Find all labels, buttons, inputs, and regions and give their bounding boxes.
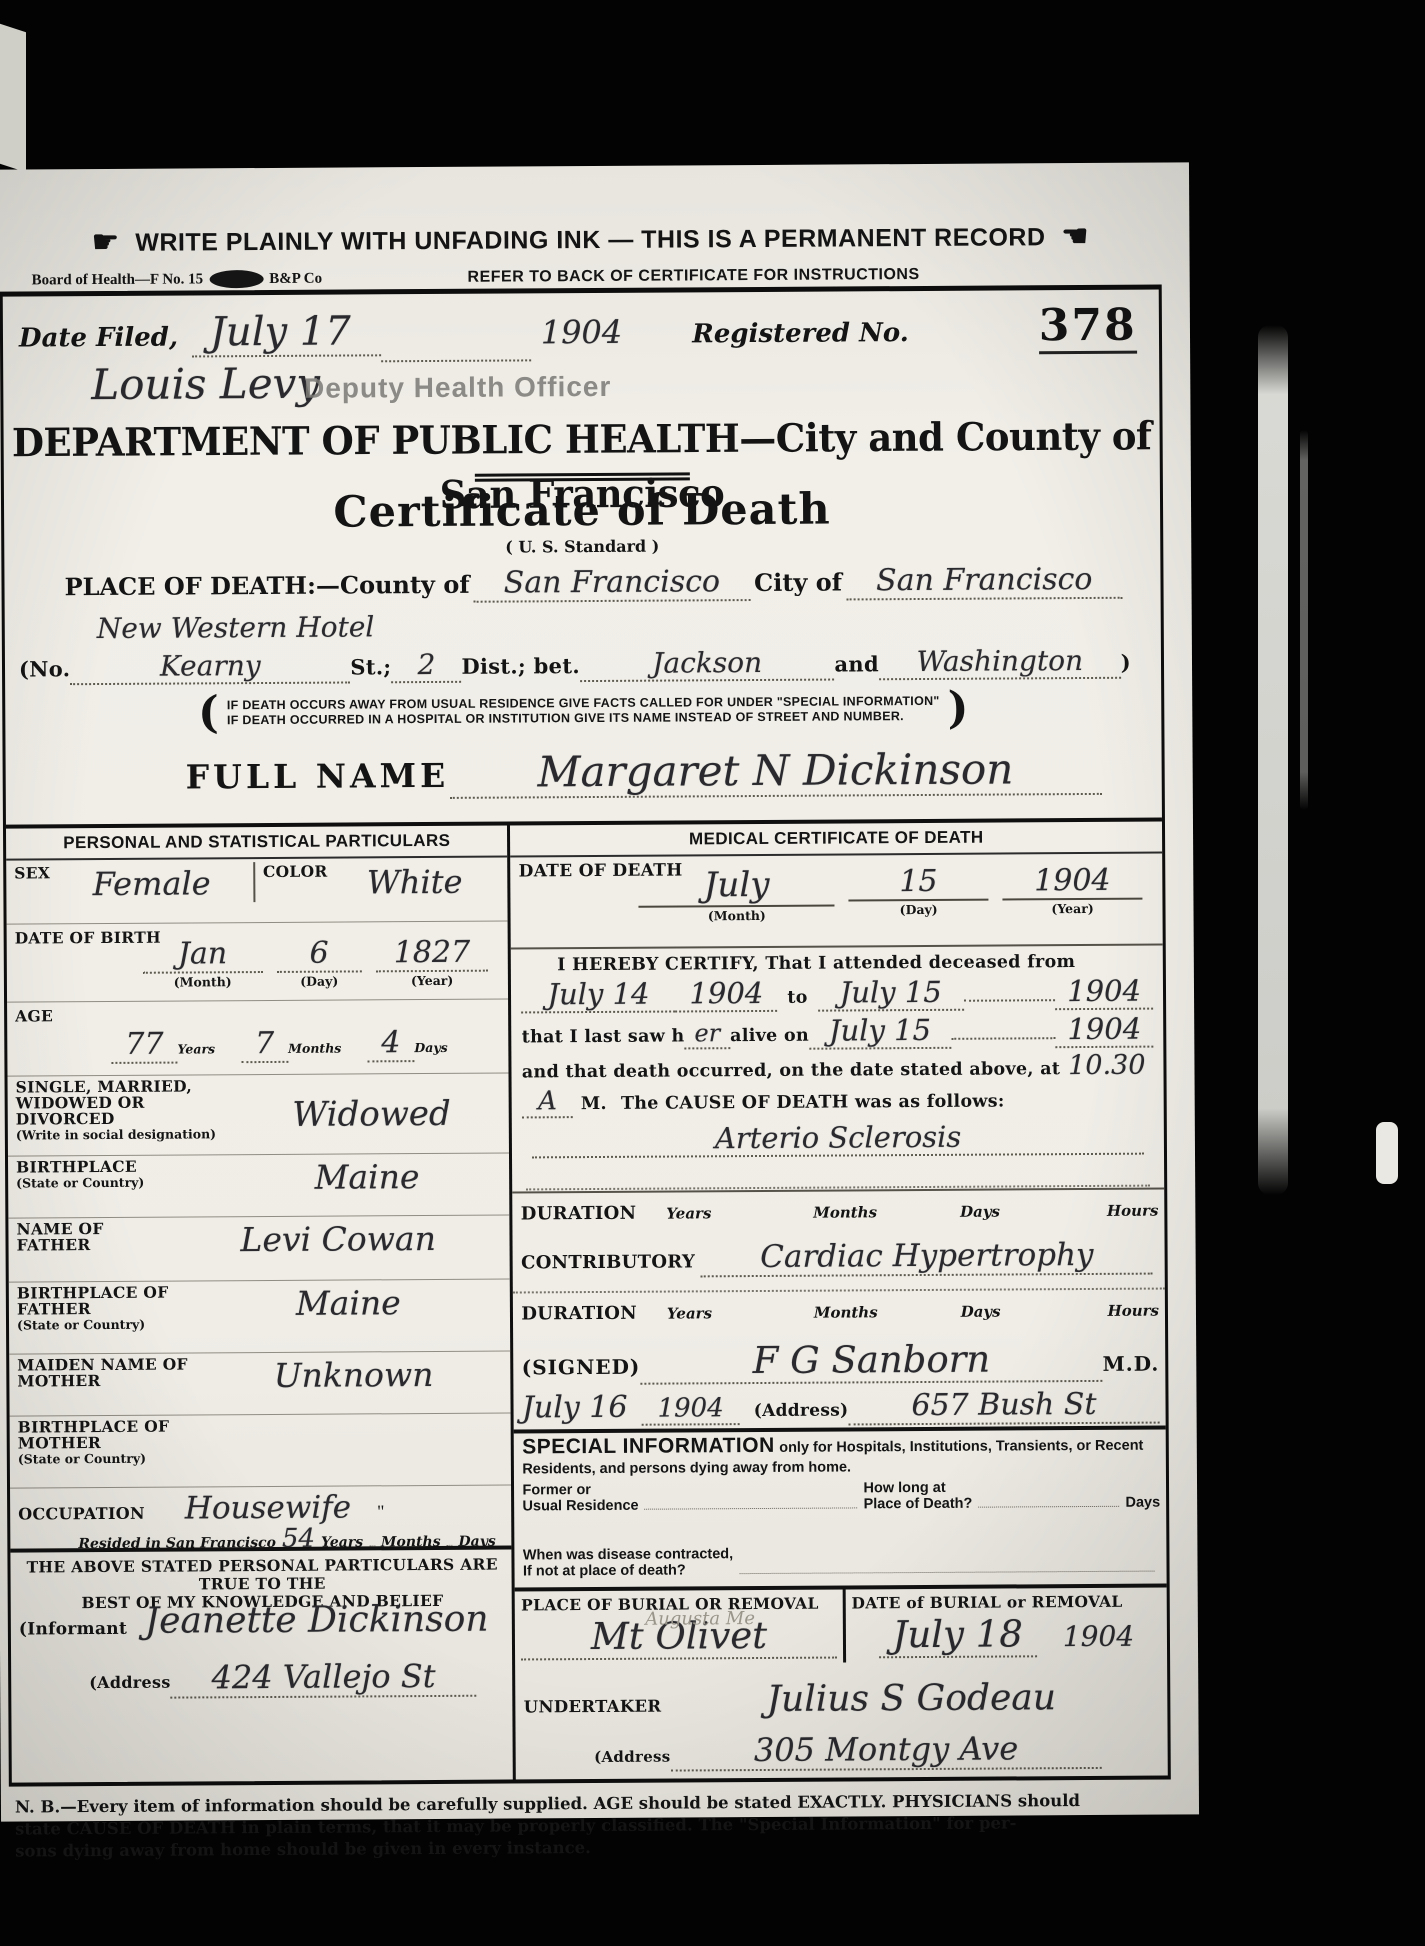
pointing-hand-right-icon: ☛ — [92, 228, 120, 258]
death-certificate-page: ☛ WRITE PLAINLY WITH UNFADING INK — THIS… — [0, 162, 1199, 1821]
informant-label: (Informant — [19, 1619, 127, 1640]
special-fields-row: Former or Usual Residence How long at Pl… — [514, 1476, 1166, 1540]
age-label: AGE — [15, 1006, 53, 1025]
department-title: DEPARTMENT OF PUBLIC HEALTH—City and Cou… — [3, 408, 1159, 468]
duration2-hours-caption: Hours — [1107, 1302, 1159, 1320]
duration-hours-caption: Hours — [1107, 1202, 1159, 1220]
open-paren: ( — [190, 693, 227, 733]
health-officer-signature-row: Louis Levy Deputy Health Officer — [3, 354, 1159, 417]
full-name-value: Margaret N Dickinson — [449, 744, 1102, 799]
former-residence-label-2: Usual Residence — [522, 1498, 638, 1515]
st-label: St.; — [350, 654, 391, 679]
informant-address-value: 424 Vallejo St — [170, 1657, 476, 1699]
contributory-value: Cardiac Hypertrophy — [701, 1237, 1153, 1278]
occupation-label: OCCUPATION — [18, 1504, 145, 1524]
county-value: San Francisco — [474, 564, 751, 603]
and-label: and — [834, 651, 879, 676]
book-edge-strip — [1300, 430, 1308, 810]
nota-bene-footnote: N. B.—Every item of information should b… — [1, 1779, 1199, 1862]
marital-status-row: SINGLE, MARRIED, WIDOWED OR DIVORCED (Wr… — [8, 1074, 510, 1157]
resided-months-caption: Months — [381, 1534, 441, 1550]
mother-label-block: MAIDEN NAME OF MOTHER — [17, 1356, 202, 1389]
note-lines: IF DEATH OCCURS AWAY FROM USUAL RESIDENC… — [227, 694, 940, 728]
birthplace-label: BIRTHPLACE — [16, 1158, 231, 1175]
dod-month-caption: (Month) — [639, 908, 835, 924]
birthplace-caption: (State or Country) — [16, 1174, 231, 1191]
age-months-value: 7 — [241, 1026, 288, 1063]
microfilm-photo-background: ☛ WRITE PLAINLY WITH UNFADING INK — THIS… — [0, 0, 1425, 1946]
burial-date-value: July 18 — [878, 1612, 1037, 1658]
mother-birthplace-row: BIRTHPLACE OF MOTHER (State or Country) — [10, 1414, 512, 1489]
age-row: AGE 77 Years 7 Months 4 Days — [7, 1000, 509, 1077]
ditto-mark: " — [377, 1501, 384, 1522]
attended-dates-line: July 14 1904 to July 15 1904 — [521, 974, 1153, 1014]
close-paren: ) — [940, 689, 977, 729]
resided-days-caption: Days — [458, 1534, 495, 1550]
father-birthplace-row: BIRTHPLACE OF FATHER (State or Country) … — [9, 1280, 511, 1355]
resided-label: Resided in San Francisco — [78, 1535, 276, 1552]
how-long-label-1: How long at — [863, 1479, 1160, 1497]
dod-day-cell: 15 (Day) — [848, 864, 988, 923]
former-residence-line: Usual Residence — [522, 1496, 863, 1514]
place-of-burial-cell: PLACE OF BURIAL OR REMOVAL Augusta Me Mt… — [515, 1589, 846, 1664]
father-value: Levi Cowan — [172, 1219, 504, 1260]
duration2-years-caption: Years — [667, 1304, 814, 1323]
registered-no-value: 378 — [1039, 300, 1137, 355]
attended-to-year: 1904 — [1055, 974, 1153, 1011]
registered-no-label: Registered No. — [692, 318, 909, 349]
color-field: COLOR White — [253, 861, 502, 903]
district-value: 2 — [391, 648, 461, 683]
date-of-death-row: DATE OF DEATH July (Month) 15 (Day) — [511, 854, 1163, 950]
month-caption: (Month) — [143, 974, 263, 990]
street-value: Kearny — [70, 648, 350, 685]
duration2-label: DURATION — [521, 1303, 637, 1325]
dob-cells: Jan (Month) 6 (Day) 1827 (Year) — [143, 925, 503, 990]
dotted-fill — [645, 1504, 858, 1509]
full-name-label: FULL NAME — [186, 756, 450, 797]
personal-column-header: PERSONAL AND STATISTICAL PARTICULARS — [6, 826, 508, 861]
dob-day-value: 6 — [276, 935, 362, 973]
death-occurred-line: and that death occurred, on the date sta… — [522, 1050, 1154, 1085]
md-label: M.D. — [1103, 1352, 1160, 1376]
duration-row-2: DURATION Years Months Days Hours — [513, 1290, 1165, 1338]
dob-day-cell: 6 (Day) — [276, 935, 362, 989]
signed-label: (SIGNED) — [522, 1355, 641, 1380]
father-birthplace-label: BIRTHPLACE OF FATHER — [17, 1284, 193, 1317]
cause-label-line: A M. The CAUSE OF DEATH was as follows: — [522, 1083, 1154, 1119]
dod-year-value: 1904 — [1002, 863, 1142, 901]
undertaker-value: Julius S Godeau — [661, 1677, 1161, 1721]
undertaker-row: UNDERTAKER Julius S Godeau — [516, 1674, 1168, 1730]
duration-row: DURATION Years Months Days Hours — [513, 1190, 1165, 1238]
resided-years-caption: Years — [321, 1534, 363, 1550]
attestation-block: THE ABOVE STATED PERSONAL PARTICULARS AR… — [10, 1550, 512, 1599]
page-corner-sliver — [0, 24, 26, 172]
medical-column-header: MEDICAL CERTIFICATE OF DEATH — [510, 822, 1162, 858]
dotted-fill — [369, 1542, 375, 1546]
pointing-hand-left-icon: ☚ — [1061, 222, 1089, 252]
burial-date-line: July 18 1904 — [852, 1612, 1161, 1659]
physician-signature: F G Sanborn — [640, 1337, 1102, 1385]
contracted-label-2: If not at place of death? — [523, 1562, 733, 1579]
birthplace-label-block: BIRTHPLACE (State or Country) — [16, 1158, 231, 1191]
special-information-title: SPECIAL INFORMATION — [522, 1434, 775, 1459]
duration-days-caption: Days — [960, 1202, 1107, 1221]
undertaker-address-value: 305 Montgy Ave — [670, 1729, 1101, 1772]
occupation-line: OCCUPATION Housewife " — [18, 1489, 506, 1528]
sex-value: Female — [50, 864, 253, 903]
resided-years-value: 54 — [276, 1524, 321, 1554]
attended-from-value: July 14 — [521, 977, 675, 1014]
contracted-labels: When was disease contracted, If not at p… — [523, 1546, 734, 1579]
certification-block: I HEREBY CERTIFY, That I attended deceas… — [511, 946, 1164, 1194]
mother-birthplace-value — [203, 1417, 505, 1419]
marital-value: Widowed — [240, 1094, 503, 1136]
dotted-fill — [978, 1503, 1119, 1508]
last-saw-line: that I last saw h er alive on July 15 19… — [522, 1012, 1154, 1052]
duration2-days-caption: Days — [961, 1302, 1108, 1321]
book-edge-strip — [1258, 325, 1288, 1195]
father-birthplace-caption: (State or Country) — [17, 1316, 193, 1333]
city-of-label: City of — [754, 567, 842, 597]
institution-value: New Western Hotel — [97, 610, 375, 645]
medical-certificate-column: MEDICAL CERTIFICATE OF DEATH DATE OF DEA… — [510, 822, 1167, 1780]
physician-address-label: (Address) — [754, 1400, 849, 1421]
last-saw-date: July 15 — [809, 1013, 951, 1050]
how-long-field: How long at Place of Death? Days — [863, 1479, 1160, 1519]
am-fill-value: A — [522, 1086, 573, 1118]
last-saw-fill: er — [684, 1019, 730, 1049]
how-long-line: Place of Death? Days — [864, 1495, 1161, 1513]
personal-particulars-column: PERSONAL AND STATISTICAL PARTICULARS SEX… — [6, 826, 516, 1783]
days-caption: Days — [414, 1040, 447, 1055]
father-label-block: NAME OF FATHER — [16, 1221, 172, 1254]
informant-address-label: (Address — [89, 1673, 171, 1692]
cause-of-death-value: Arterio Sclerosis — [532, 1119, 1144, 1159]
last-saw-pre: that I last saw h — [522, 1026, 685, 1047]
informant-address-row: (Address 424 Vallejo St — [11, 1654, 513, 1707]
between-street-value: Jackson — [580, 646, 835, 683]
two-column-section: PERSONAL AND STATISTICAL PARTICULARS SEX… — [6, 818, 1168, 1783]
mother-maiden-name-label: MAIDEN NAME OF MOTHER — [17, 1356, 202, 1389]
dod-day-caption: (Day) — [849, 902, 989, 918]
how-long-label-2: Place of Death? — [864, 1496, 973, 1513]
date-filed-label: Date Filed, — [19, 323, 178, 354]
date-filed-value: July 17 — [192, 308, 381, 357]
father-bp-label-block: BIRTHPLACE OF FATHER (State or Country) — [17, 1284, 193, 1333]
duration-months-caption: Months — [813, 1203, 960, 1222]
deputy-health-officer-stamp: Deputy Health Officer — [304, 371, 611, 405]
dotted-fill — [739, 1568, 1154, 1575]
color-label: COLOR — [263, 862, 328, 881]
color-value: White — [328, 863, 502, 902]
father-name-row: NAME OF FATHER Levi Cowan — [8, 1216, 510, 1283]
dist-bet-label: Dist.; bet. — [461, 653, 580, 679]
informant-row: (Informant Jeanette Dickinson — [11, 1596, 513, 1657]
to-label: to — [777, 988, 817, 1008]
sex-color-row: SEX Female COLOR White — [6, 858, 508, 925]
certify-line: I HEREBY CERTIFY, That I attended deceas… — [521, 952, 1153, 976]
board-of-health-form-number: Board of Health—F No. 15 B&P Co — [32, 270, 323, 290]
death-occurred-text: and that death occurred, on the date sta… — [522, 1059, 1060, 1082]
sex-field: SEX Female — [14, 862, 253, 903]
how-long-block: How long at Place of Death? Days — [863, 1479, 1160, 1513]
dod-cells: July (Month) 15 (Day) 1904 (Year) — [639, 857, 1157, 924]
contracted-label-1: When was disease contracted, — [523, 1546, 733, 1563]
signed-date-row: July 16 1904 (Address) 657 Bush St — [514, 1384, 1166, 1434]
signed-row: (SIGNED) F G Sanborn M.D. — [513, 1334, 1165, 1388]
burial-pencil-note: Augusta Me — [645, 1608, 755, 1630]
date-filed-year: 1904 — [531, 313, 633, 352]
duration-label: DURATION — [521, 1203, 637, 1225]
refer-note: REFER TO BACK OF CERTIFICATE FOR INSTRUC… — [467, 266, 919, 287]
contributory-row: CONTRIBUTORY Cardiac Hypertrophy — [513, 1234, 1165, 1294]
attestation-line-1: THE ABOVE STATED PERSONAL PARTICULARS AR… — [18, 1556, 506, 1595]
date-of-burial-cell: DATE of BURIAL or REMOVAL July 18 1904 — [845, 1588, 1167, 1663]
date-of-birth-row: DATE OF BIRTH Jan (Month) 6 (Day) — [7, 922, 509, 1003]
birthplace-value: Maine — [230, 1157, 503, 1198]
m-label: M. — [573, 1094, 607, 1114]
physician-address-value: 657 Bush St — [848, 1387, 1159, 1426]
cause-value-line: Arterio Sclerosis — [522, 1119, 1154, 1159]
cause-of-death-label: The CAUSE OF DEATH was as follows: — [607, 1091, 1005, 1113]
occupation-value: Housewife — [185, 1490, 351, 1527]
mother-value: Unknown — [202, 1355, 504, 1396]
attended-from-year: 1904 — [675, 976, 777, 1013]
special-information-note: ( IF DEATH OCCURS AWAY FROM USUAL RESIDE… — [5, 686, 1161, 737]
date-of-burial-label: DATE of BURIAL or REMOVAL — [851, 1592, 1122, 1613]
father-label: NAME OF FATHER — [16, 1221, 172, 1254]
undertaker-address-row: (Address 305 Montgy Ave — [516, 1726, 1168, 1780]
day-caption: (Day) — [276, 973, 362, 989]
age-cells: 77 Years 7 Months 4 Days — [111, 1003, 503, 1064]
dob-year-value: 1827 — [376, 935, 489, 973]
birthplace-row: BIRTHPLACE (State or Country) Maine — [8, 1154, 510, 1219]
mother-name-row: MAIDEN NAME OF MOTHER Unknown — [9, 1352, 511, 1417]
former-residence-field: Former or Usual Residence — [522, 1480, 863, 1514]
certify-text: I HEREBY CERTIFY, That I attended deceas… — [557, 952, 1075, 975]
disease-contracted-row: When was disease contracted, If not at p… — [515, 1536, 1167, 1592]
months-caption: Months — [288, 1041, 341, 1056]
signed-year-value: 1904 — [641, 1393, 739, 1426]
last-saw-year: 1904 — [1055, 1012, 1153, 1049]
years-caption: Years — [177, 1041, 215, 1056]
dotted-fill — [381, 355, 531, 362]
marital-label-block: SINGLE, MARRIED, WIDOWED OR DIVORCED (Wr… — [16, 1078, 241, 1143]
undertaker-label: UNDERTAKER — [524, 1697, 662, 1717]
duration2-months-caption: Months — [814, 1303, 961, 1322]
ink-blot — [209, 270, 263, 288]
no-label: (No. — [19, 656, 70, 681]
date-of-birth-label: DATE OF BIRTH — [15, 928, 161, 948]
special-information-header: SPECIAL INFORMATION only for Hospitals, … — [514, 1430, 1166, 1480]
informant-value: Jeanette Dickinson — [127, 1599, 506, 1642]
dod-day-value: 15 — [848, 864, 988, 902]
dob-year-cell: 1827 (Year) — [376, 935, 489, 989]
city-value: San Francisco — [846, 562, 1123, 601]
date-of-death-label: DATE OF DEATH — [519, 860, 683, 881]
blank-dotted-line — [526, 1163, 1150, 1191]
burial-year-value: 1904 — [1063, 1620, 1134, 1653]
death-time-value: 10.30 — [1060, 1050, 1153, 1082]
marital-subcaption: (Write in social designation) — [16, 1126, 240, 1143]
duration-years-caption: Years — [666, 1204, 813, 1223]
dotted-fill — [951, 1033, 1055, 1040]
place-of-death-label: PLACE OF DEATH:—County of — [64, 570, 469, 601]
occupation-row: OCCUPATION Housewife " Resided in San Fr… — [10, 1486, 512, 1553]
dotted-fill — [447, 1542, 453, 1546]
notice-text: WRITE PLAINLY WITH UNFADING INK — THIS I… — [135, 223, 1045, 258]
officer-signature: Louis Levy — [91, 359, 320, 409]
page-edge-patch — [1376, 1122, 1398, 1184]
undertaker-address-label: (Address — [594, 1748, 671, 1766]
dotted-fill — [964, 995, 1055, 1002]
age-years-value: 77 — [111, 1027, 177, 1064]
burial-section: PLACE OF BURIAL OR REMOVAL Augusta Me Mt… — [515, 1588, 1167, 1678]
father-birthplace-value: Maine — [192, 1283, 504, 1324]
marital-label: SINGLE, MARRIED, WIDOWED OR DIVORCED — [16, 1078, 240, 1127]
dod-year-caption: (Year) — [1003, 901, 1143, 917]
mother-birthplace-label: BIRTHPLACE OF MOTHER — [18, 1418, 203, 1451]
and-street-value: Washington — [879, 644, 1121, 680]
full-name-row: FULL NAME Margaret N Dickinson — [5, 730, 1162, 825]
contributory-label: CONTRIBUTORY — [521, 1251, 695, 1273]
dod-year-cell: 1904 (Year) — [1002, 863, 1142, 922]
mother-birthplace-caption: (State or Country) — [18, 1450, 203, 1467]
mother-bp-label-block: BIRTHPLACE OF MOTHER (State or Country) — [18, 1418, 203, 1467]
age-days-value: 4 — [367, 1025, 414, 1062]
note-line-2: IF DEATH OCCURRED IN A HOSPITAL OR INSTI… — [227, 709, 904, 727]
year-caption: (Year) — [376, 973, 488, 989]
sex-label: SEX — [14, 863, 50, 882]
signed-date-value: July 16 — [522, 1390, 628, 1426]
last-saw-mid: alive on — [730, 1026, 809, 1046]
how-long-days-caption: Days — [1125, 1495, 1160, 1511]
paren-close: ) — [1121, 650, 1131, 675]
date-filed-row: Date Filed, July 17 1904 Registered No. … — [3, 290, 1159, 365]
attended-to-value: July 15 — [818, 975, 964, 1012]
certificate-border-box: Date Filed, July 17 1904 Registered No. … — [0, 285, 1171, 1787]
